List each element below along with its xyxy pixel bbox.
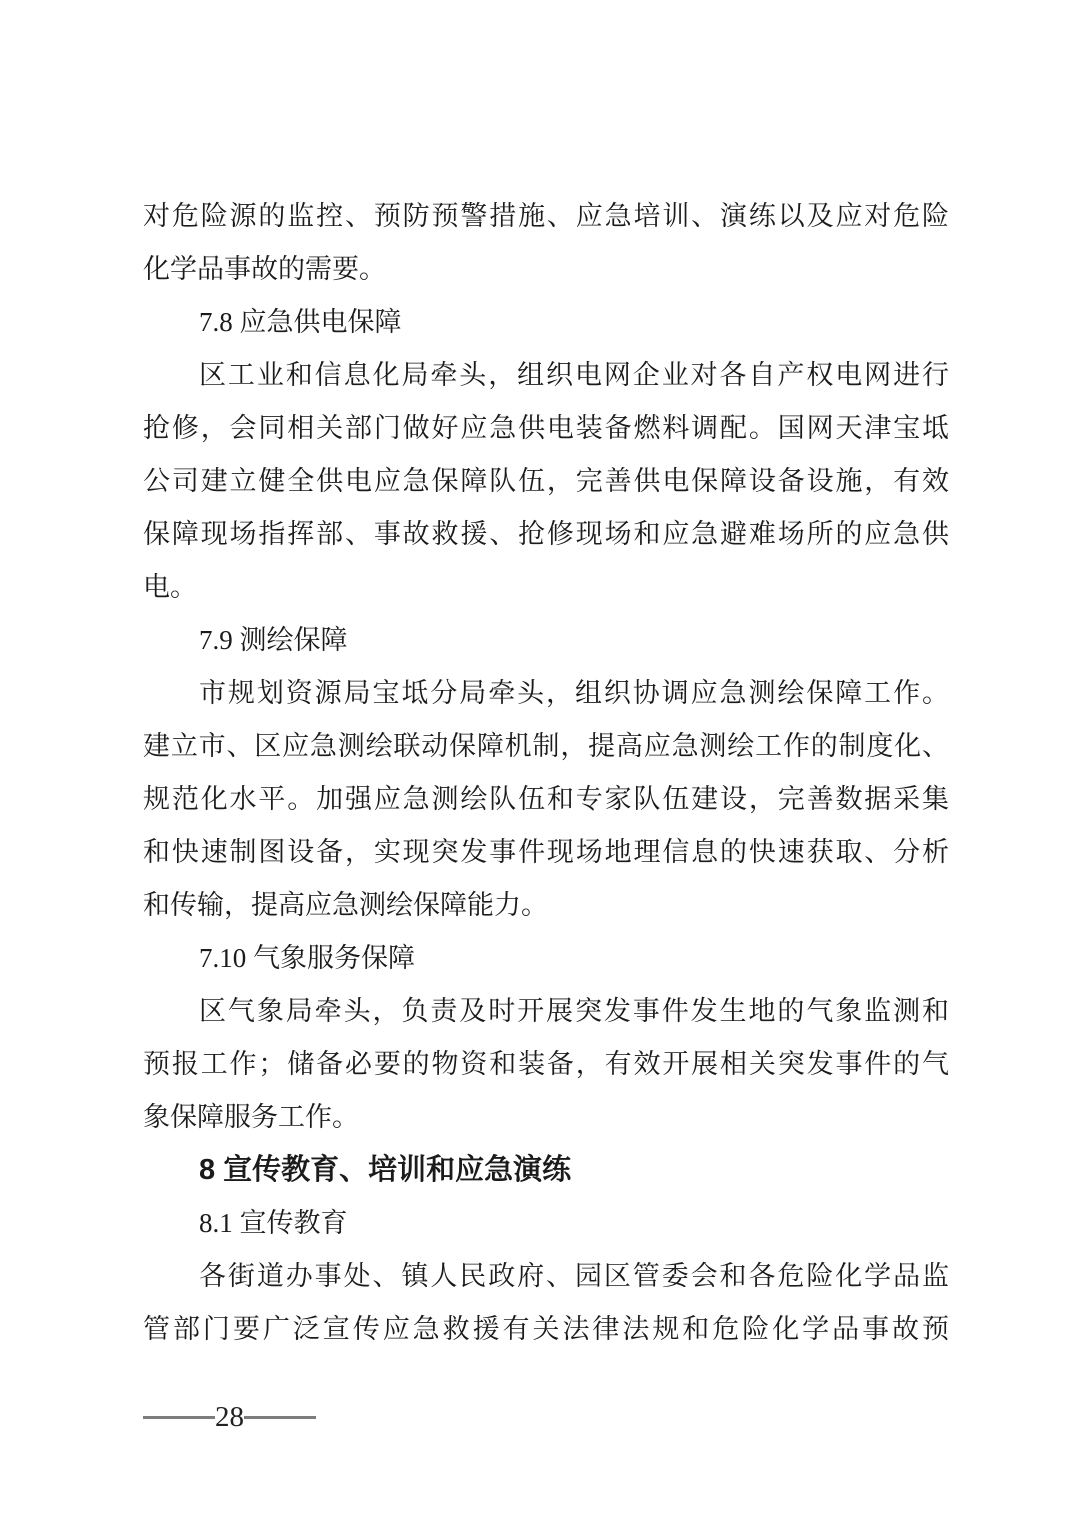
heading-7-8: 7.8 应急供电保障 — [143, 296, 949, 349]
text-line: 抢修，会同相关部门做好应急供电装备燃料调配。国网天津宝坻 — [143, 402, 949, 455]
page-number-dash-left: — — [143, 1402, 215, 1432]
text-line: 市规划资源局宝坻分局牵头，组织协调应急测绘保障工作。 — [143, 667, 949, 720]
text-line: 化学品事故的需要。 — [143, 243, 949, 296]
text-line: 公司建立健全供电应急保障队伍，完善供电保障设备设施，有效 — [143, 455, 949, 508]
text-line: 保障现场指挥部、事故救援、抢修现场和应急避难场所的应急供 — [143, 508, 949, 561]
page-number-dash-right: — — [244, 1402, 316, 1432]
text-line: 预报工作；储备必要的物资和装备，有效开展相关突发事件的气 — [143, 1038, 949, 1091]
text-line: 规范化水平。加强应急测绘队伍和专家队伍建设，完善数据采集 — [143, 773, 949, 826]
text-line: 区工业和信息化局牵头，组织电网企业对各自产权电网进行 — [143, 349, 949, 402]
page-number: —28— — [143, 1402, 316, 1432]
text-line: 电。 — [143, 561, 949, 614]
text-line: 区气象局牵头，负责及时开展突发事件发生地的气象监测和 — [143, 985, 949, 1038]
text-line: 各街道办事处、镇人民政府、园区管委会和各危险化学品监 — [143, 1250, 949, 1303]
text-line: 对危险源的监控、预防预警措施、应急培训、演练以及应对危险 — [143, 190, 949, 243]
text-line: 建立市、区应急测绘联动保障机制，提高应急测绘工作的制度化、 — [143, 720, 949, 773]
document-page: 对危险源的监控、预防预警措施、应急培训、演练以及应对危险 化学品事故的需要。 7… — [0, 0, 1074, 1520]
text-line: 和快速制图设备，实现突发事件现场地理信息的快速获取、分析 — [143, 826, 949, 879]
document-content: 对危险源的监控、预防预警措施、应急培训、演练以及应对危险 化学品事故的需要。 7… — [143, 190, 949, 1356]
page-number-value: 28 — [215, 1402, 244, 1432]
heading-7-10: 7.10 气象服务保障 — [143, 932, 949, 985]
heading-7-9: 7.9 测绘保障 — [143, 614, 949, 667]
heading-8: 8 宣传教育、培训和应急演练 — [143, 1144, 949, 1197]
text-line: 象保障服务工作。 — [143, 1091, 949, 1144]
text-line: 和传输，提高应急测绘保障能力。 — [143, 879, 949, 932]
text-line: 管部门要广泛宣传应急救援有关法律法规和危险化学品事故预 — [143, 1303, 949, 1356]
heading-8-1: 8.1 宣传教育 — [143, 1197, 949, 1250]
